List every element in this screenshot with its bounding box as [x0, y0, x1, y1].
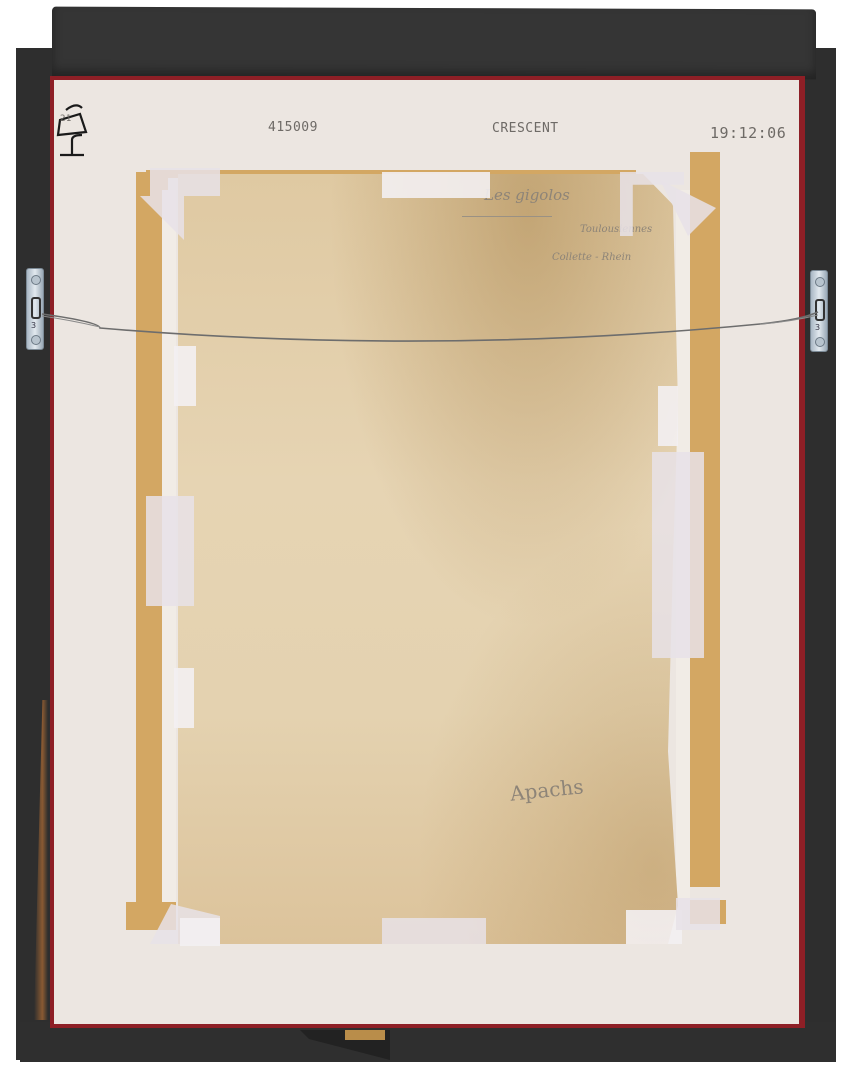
stock-number-label: 415009: [268, 120, 318, 135]
pencil-line-2: Toulousiennes: [580, 224, 652, 235]
screw-icon: [31, 275, 41, 285]
tape-left-lower: [174, 668, 194, 728]
tape-bottom-center: [382, 918, 486, 944]
supplier-label: CRESCENT: [492, 121, 559, 136]
tape-right-upper: [658, 386, 678, 446]
hanging-wire: [40, 300, 820, 360]
code-label: 19:12:06: [710, 124, 786, 142]
small-number-label: 21: [60, 114, 72, 124]
pencil-line-3: Collette - Rhein: [552, 252, 631, 263]
tape-right-mid: [652, 452, 704, 658]
marker-scribble-icon: [52, 100, 92, 160]
artwork-back: [178, 174, 678, 944]
screw-icon: [815, 277, 825, 287]
marker-inscription: 21: [52, 100, 92, 160]
kraft-scrap-bottom: [345, 1030, 385, 1040]
tape-bottom-left-2: [180, 918, 220, 946]
tape-bottom-right-diagonal: [676, 898, 720, 930]
tape-top-left-corner: [150, 168, 220, 196]
frame-bottom-rail: [20, 1022, 836, 1062]
hanger-mark: 3: [31, 321, 36, 330]
tape-top-center: [382, 172, 490, 198]
pencil-title: Les gigolos: [484, 186, 570, 204]
tape-left-mid: [146, 496, 194, 606]
frame-top-flap: [52, 7, 816, 80]
tape-bottom-right: [626, 910, 682, 944]
pencil-underline: [462, 216, 552, 217]
